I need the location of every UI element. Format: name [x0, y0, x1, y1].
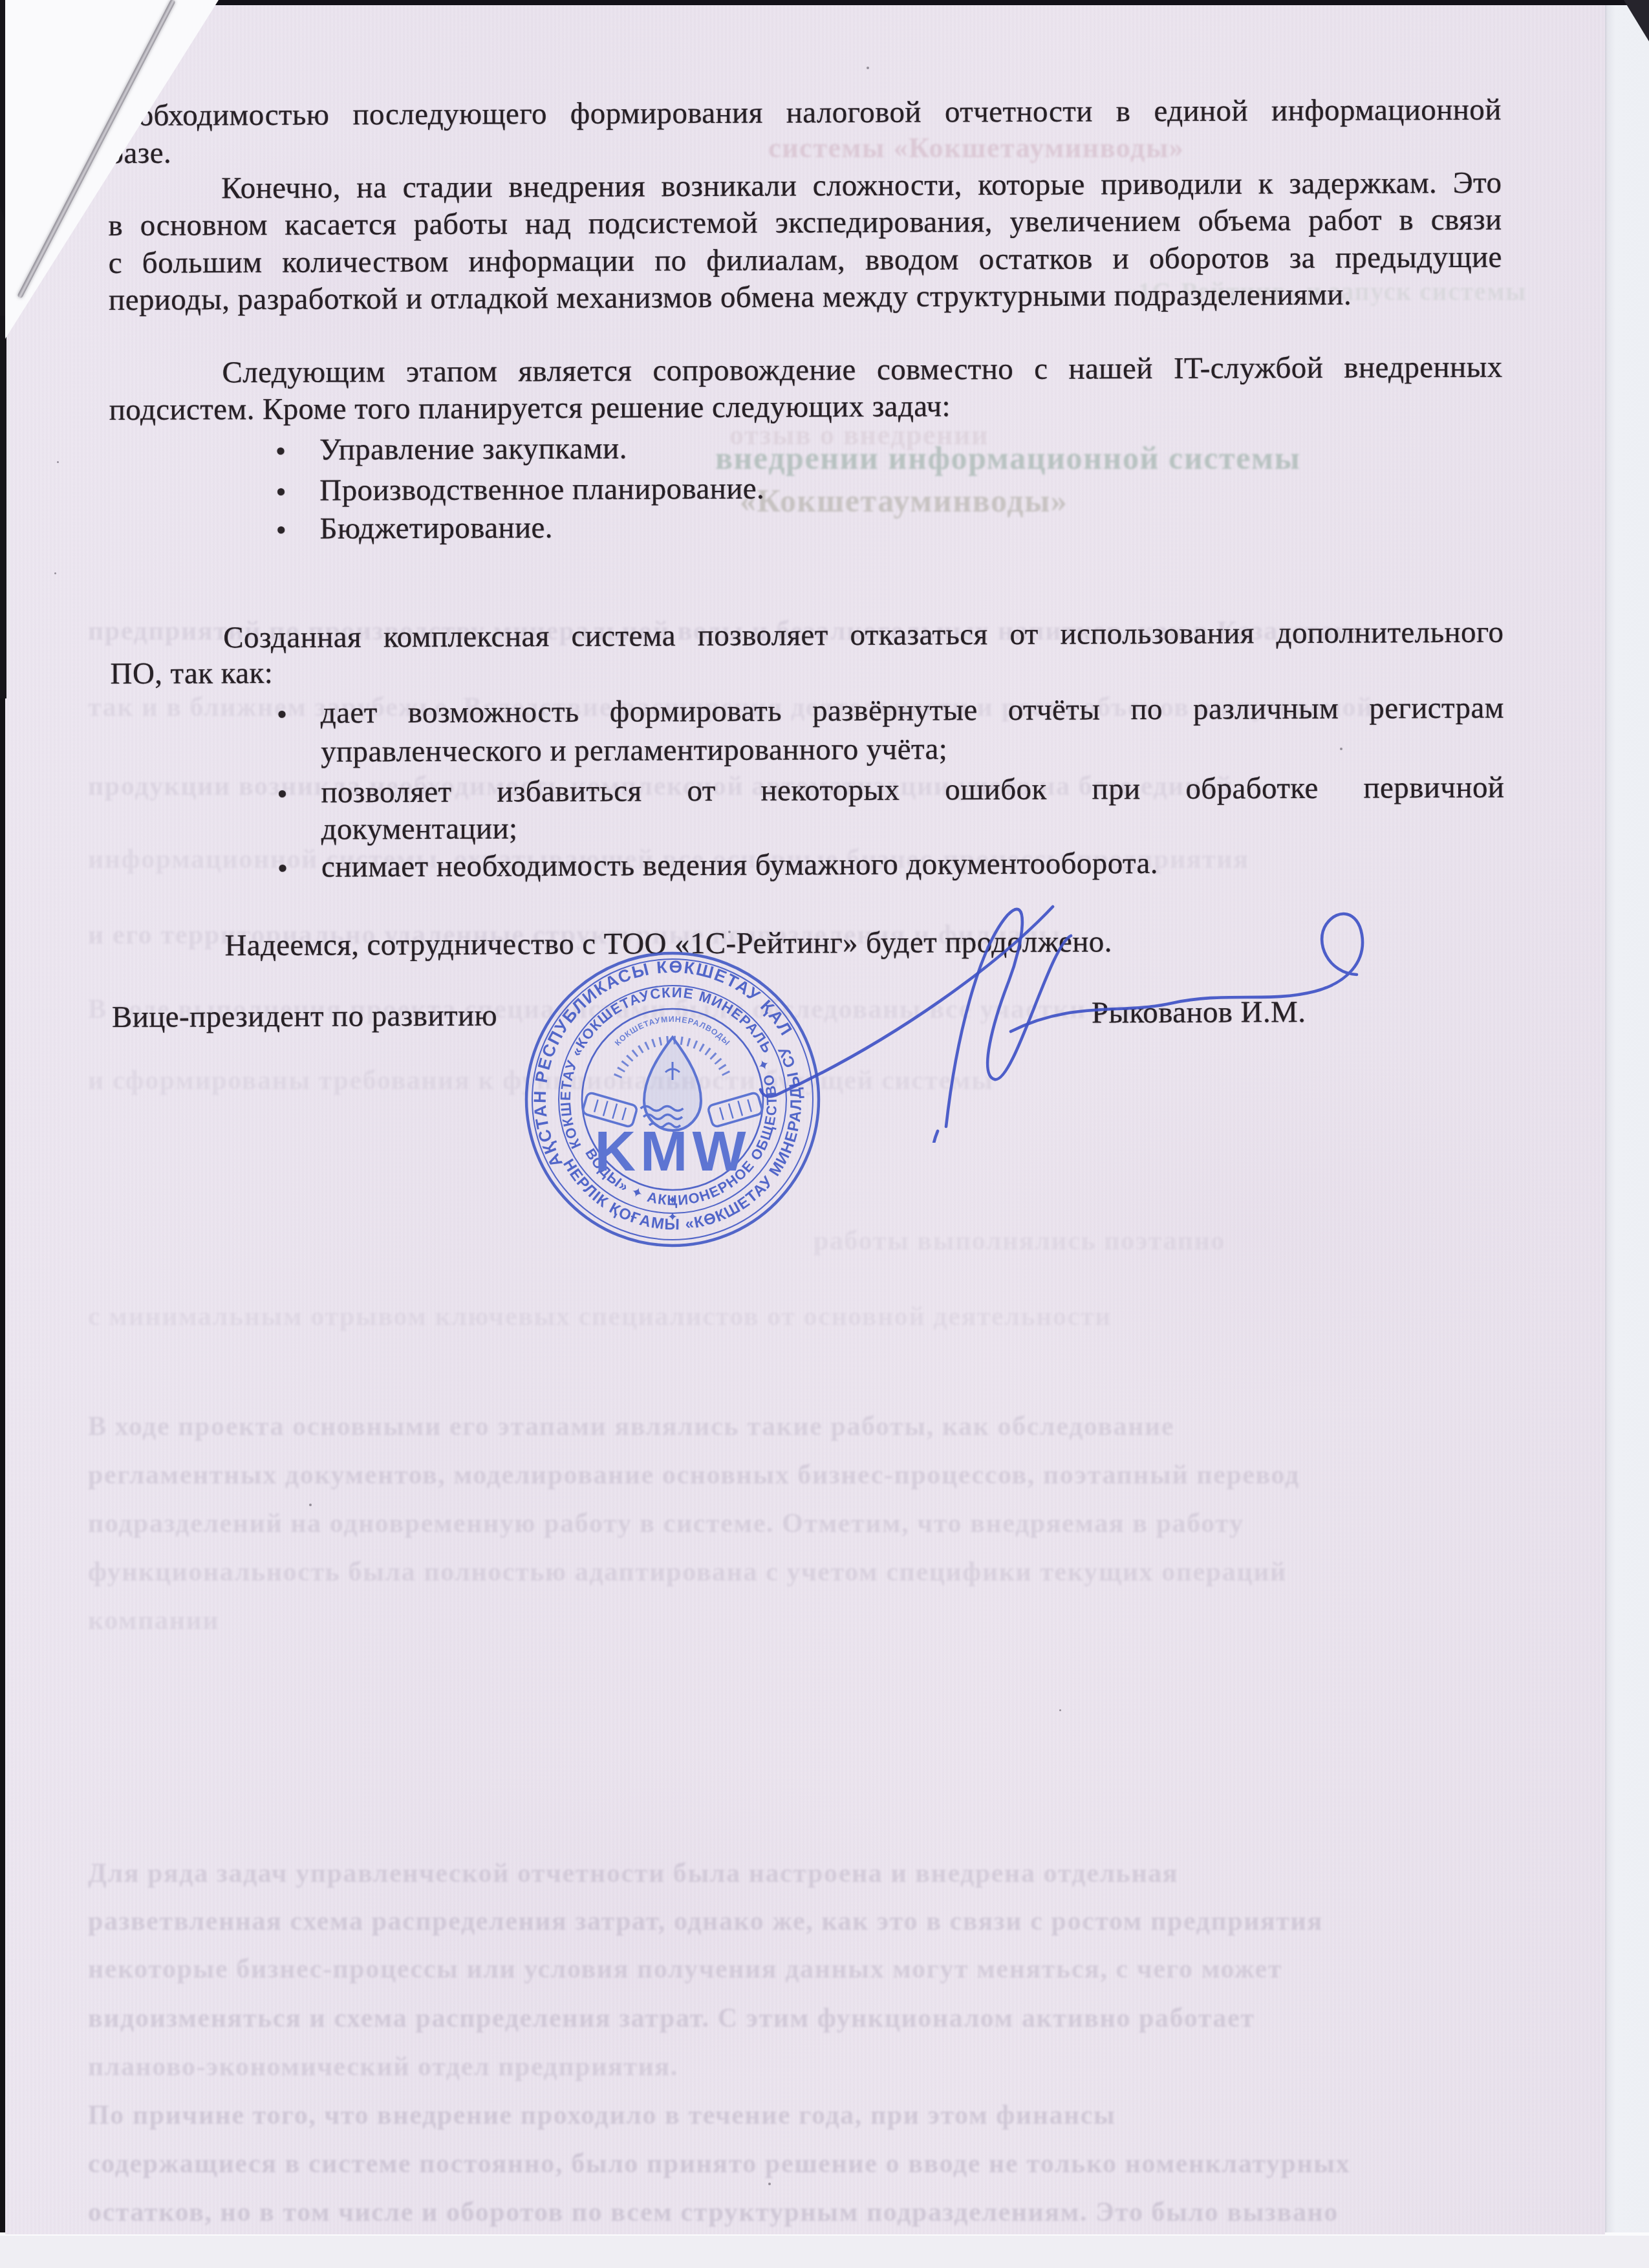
stamp-star-icon: ✦ — [667, 1194, 678, 1207]
ink-speck — [1340, 748, 1342, 750]
signature-stroke — [932, 909, 1071, 1143]
document-paper: системы «Кокшетауминводы»«1С-Рейтинг» и … — [5, 5, 1605, 2234]
scanner-background-bottom — [0, 2232, 1649, 2268]
document-text-line: подсистем. Кроме того планируется решени… — [109, 388, 951, 429]
document-text-line: Созданная комплексная система позволяет … — [223, 614, 1503, 657]
signatory-title: Вице-президент по развитию — [112, 997, 497, 1036]
ink-speck — [57, 461, 59, 463]
scanned-document-page: системы «Кокшетауминводы»«1С-Рейтинг» и … — [0, 0, 1649, 2268]
document-text-line: ПО, так как: — [110, 655, 273, 693]
handwritten-signature — [742, 865, 1396, 1143]
stamp-star-icon: ✦ — [667, 1211, 678, 1224]
document-text-line: с большим количеством информации по фили… — [109, 239, 1502, 282]
ink-speck — [867, 67, 869, 69]
ink-speck — [1059, 1709, 1061, 1711]
document-text-line: Бюджетирование. — [319, 510, 553, 548]
document-text-line: Следующим этапом является сопровождение … — [222, 349, 1502, 392]
document-text-line: Конечно, на стадии внедрения возникали с… — [221, 165, 1502, 208]
document-text-line: Управление закупками. — [319, 430, 627, 468]
scanner-background-right — [1604, 0, 1649, 2268]
document-text-line: управленческого и регламентированного уч… — [321, 731, 947, 770]
document-text-line: периоды, разработкой и отладкой механизм… — [109, 277, 1352, 319]
document-text-line: необходимостью последующего формирования… — [108, 92, 1502, 135]
document-text-line: дает возможность формировать развёрнутые… — [321, 690, 1504, 732]
ink-speck — [728, 931, 731, 933]
document-text-line: в основном касается работы над подсистем… — [108, 202, 1502, 244]
document-text-line: позволяет избавиться от некоторых ошибок… — [321, 770, 1504, 812]
stamp-monogram: KMW — [595, 1119, 751, 1183]
document-text-line: документации; — [321, 810, 517, 848]
scanner-edge-top — [0, 0, 1649, 5]
ink-speck — [768, 2183, 771, 2185]
document-text-line: Производственное планирование. — [319, 471, 764, 510]
ink-speck — [309, 1504, 312, 1506]
signature-stroke — [1011, 914, 1363, 1031]
ink-speck — [54, 572, 56, 574]
